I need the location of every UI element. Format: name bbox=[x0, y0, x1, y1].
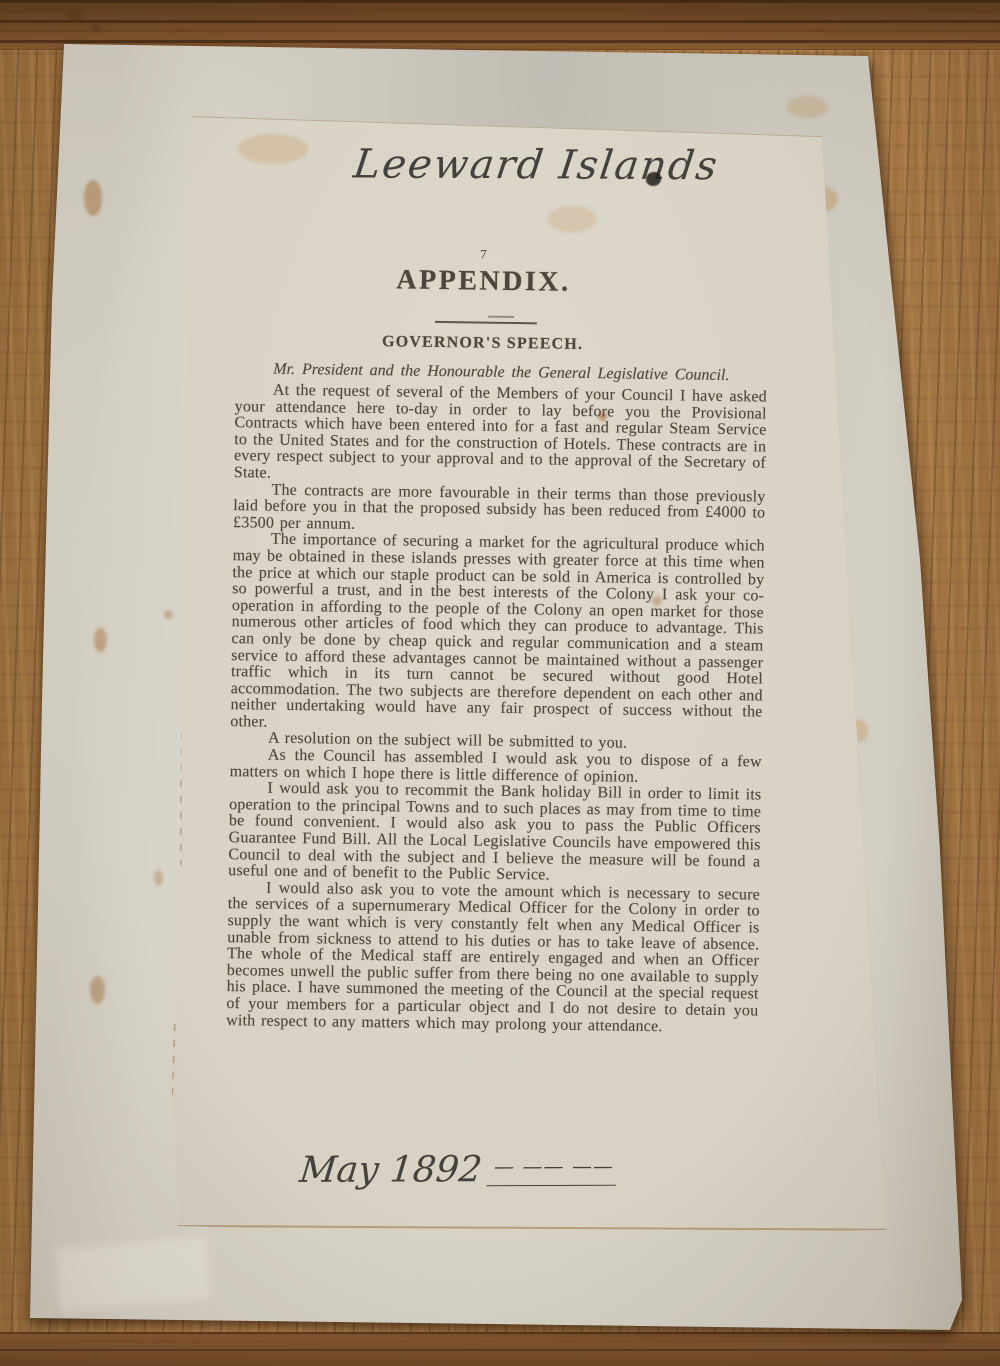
photo-scene: Leeward Islands 7 APPENDIX. GOVERNOR'S S… bbox=[0, 0, 1000, 1366]
foxing-spot bbox=[90, 976, 105, 1004]
speech-text-column: Mr. President and the Honourable the Gen… bbox=[226, 360, 767, 1037]
folder-fold-highlight bbox=[56, 1237, 211, 1312]
foxing-spot bbox=[598, 412, 607, 421]
title-rule bbox=[435, 321, 537, 324]
handwritten-title: Leeward Islands bbox=[351, 141, 722, 189]
document-page: Leeward Islands 7 APPENDIX. GOVERNOR'S S… bbox=[168, 112, 892, 1240]
handwritten-date-flourish: — —— —— bbox=[486, 1154, 619, 1186]
foxing-spot bbox=[652, 596, 662, 606]
speech-paragraph: I would also ask you to vote the amount … bbox=[226, 880, 760, 1037]
foxing-spot bbox=[154, 870, 163, 886]
foxing-spot bbox=[548, 206, 596, 232]
speech-paragraph: At the request of several of the Members… bbox=[234, 382, 767, 489]
foxing-spot bbox=[94, 628, 107, 652]
foxing-spot bbox=[164, 610, 173, 619]
salutation: Mr. President and the Honourable the Gen… bbox=[235, 360, 767, 384]
handwritten-date-text: May 1892 bbox=[298, 1149, 484, 1191]
foxing-spot bbox=[786, 96, 828, 118]
speech-paragraph: I would ask you to recommit the Bank hol… bbox=[228, 780, 761, 887]
appendix-title: APPENDIX. bbox=[218, 262, 748, 301]
speech-paragraph: The importance of securing a market for … bbox=[230, 531, 765, 738]
speech-body: At the request of several of the Members… bbox=[226, 382, 767, 1037]
section-heading: GOVERNOR'S SPEECH. bbox=[218, 331, 748, 356]
ink-blot bbox=[646, 172, 661, 186]
foxing-spot bbox=[84, 180, 102, 216]
handwritten-date: May 1892— —— —— bbox=[298, 1149, 620, 1191]
wood-stain-spot bbox=[90, 22, 101, 31]
title-rule-mark bbox=[488, 316, 514, 318]
foxing-spot bbox=[238, 134, 308, 164]
wood-stain-spot bbox=[66, 10, 82, 22]
page-content: Leeward Islands 7 APPENDIX. GOVERNOR'S S… bbox=[153, 111, 893, 1249]
